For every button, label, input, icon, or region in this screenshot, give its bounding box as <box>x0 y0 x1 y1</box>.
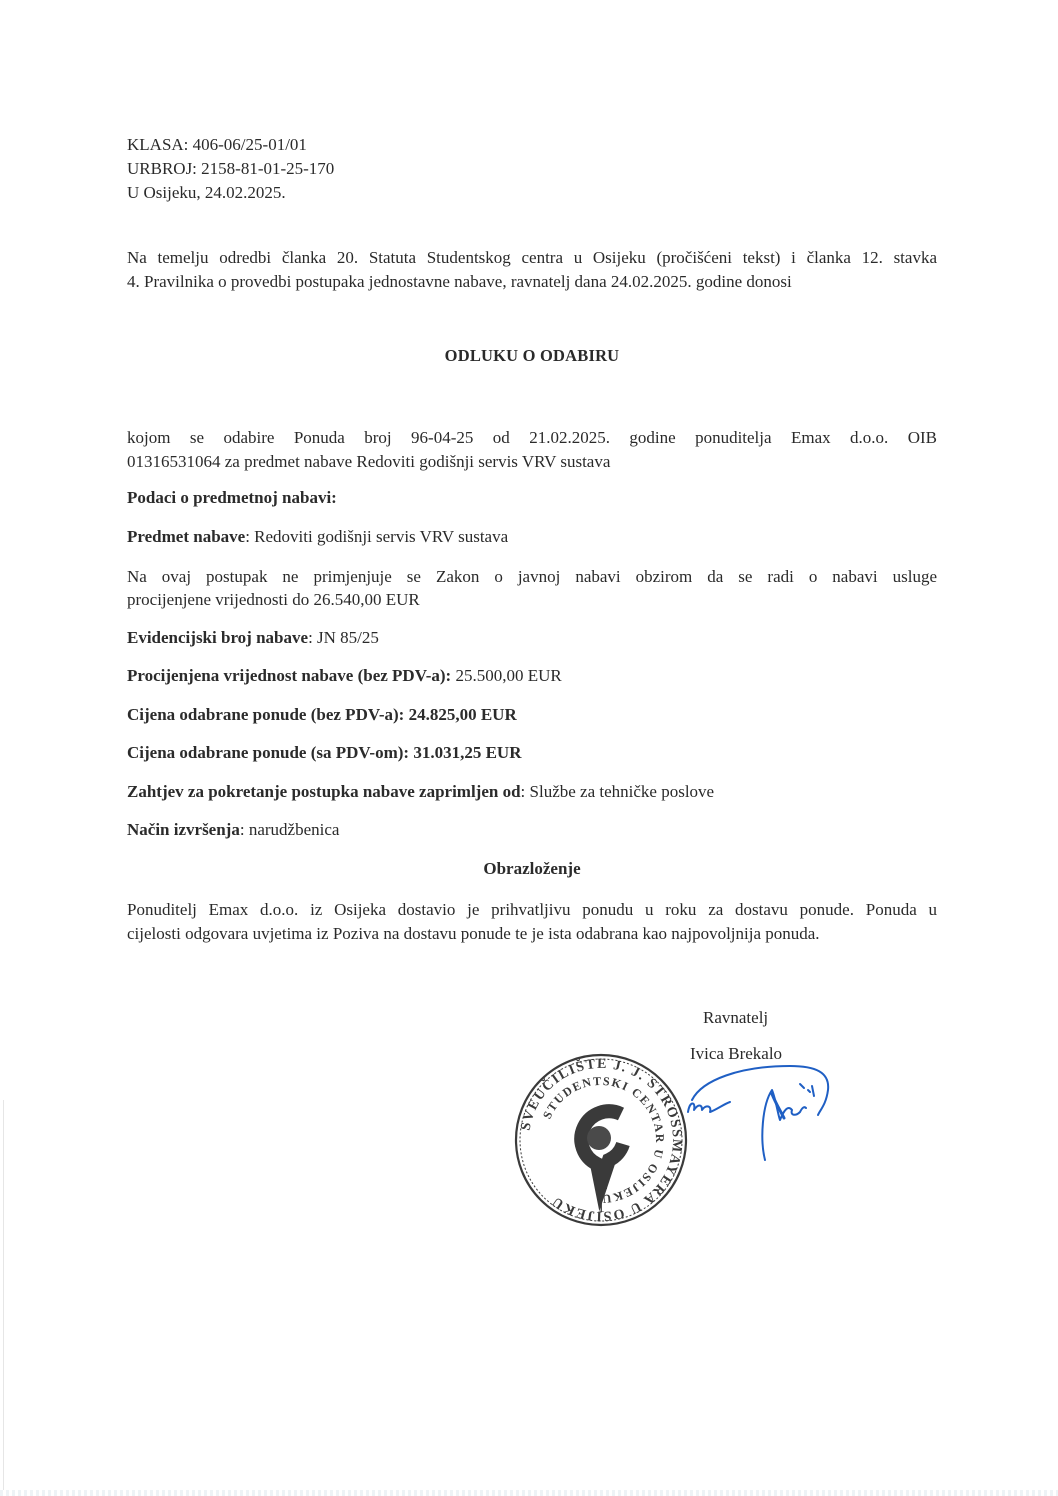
handwritten-signature <box>680 1060 840 1170</box>
scan-edge <box>3 1100 4 1490</box>
record-number-row: Evidencijski broj nabave: JN 85/25 <box>127 626 379 649</box>
decision-line-1: kojom se odabire Ponuda broj 96-04-25 od… <box>127 426 937 449</box>
record-number-value: : JN 85/25 <box>308 628 379 647</box>
urbroj-line: URBROJ: 2158-81-01-25-170 <box>127 157 334 180</box>
preamble-line-2: 4. Pravilnika o provedbi postupaka jedno… <box>127 270 792 293</box>
reasoning-line-2: cijelosti odgovara uvjetima iz Poziva na… <box>127 922 820 945</box>
document-page: KLASA: 406-06/25-01/01 URBROJ: 2158-81-0… <box>0 0 1058 1496</box>
subject-row: Predmet nabave: Redoviti godišnji servis… <box>127 525 508 548</box>
estimated-value-value: 25.500,00 EUR <box>451 666 562 685</box>
subject-label: Predmet nabave <box>127 527 245 546</box>
stamp-number: 1 <box>597 1199 605 1216</box>
stamp-logo-icon <box>581 1111 623 1188</box>
reasoning-line-1: Ponuditelj Emax d.o.o. iz Osijeka dostav… <box>127 898 937 921</box>
place-date-line: U Osijeku, 24.02.2025. <box>127 181 286 204</box>
decision-line-2: 01316531064 za predmet nabave Redoviti g… <box>127 450 610 473</box>
request-from-label: Zahtjev za pokretanje postupka nabave za… <box>127 782 521 801</box>
details-heading: Podaci o predmetnoj nabavi: <box>127 486 337 509</box>
record-number-label: Evidencijski broj nabave <box>127 628 308 647</box>
request-from-value: : Službe za tehničke poslove <box>521 782 715 801</box>
klasa-line: KLASA: 406-06/25-01/01 <box>127 133 307 156</box>
document-title: ODLUKU O ODABIRU <box>127 346 937 366</box>
preamble-line-1: Na temelju odredbi članka 20. Statuta St… <box>127 246 937 269</box>
execution-method-label: Način izvršenja <box>127 820 240 839</box>
execution-method-value: : narudžbenica <box>240 820 340 839</box>
price-without-vat-row: Cijena odabrane ponude (bez PDV-a): 24.8… <box>127 703 517 726</box>
signatory-role: Ravnatelj <box>703 1006 768 1029</box>
estimated-value-label: Procijenjena vrijednost nabave (bez PDV-… <box>127 666 451 685</box>
reasoning-heading: Obrazloženje <box>127 857 937 880</box>
subject-value: : Redoviti godišnji servis VRV sustava <box>245 527 508 546</box>
official-stamp: SVEUČILIŠTE J. J. STROSSMAYERA U OSIJEKU… <box>513 1052 689 1228</box>
execution-method-row: Način izvršenja: narudžbenica <box>127 818 339 841</box>
request-from-row: Zahtjev za pokretanje postupka nabave za… <box>127 780 714 803</box>
law-note-line-1: Na ovaj postupak ne primjenjuje se Zakon… <box>127 565 937 588</box>
price-with-vat-row: Cijena odabrane ponude (sa PDV-om): 31.0… <box>127 741 521 764</box>
scan-artifact <box>0 1490 1058 1496</box>
law-note-line-2: procijenjene vrijednosti do 26.540,00 EU… <box>127 588 420 611</box>
estimated-value-row: Procijenjena vrijednost nabave (bez PDV-… <box>127 664 562 687</box>
